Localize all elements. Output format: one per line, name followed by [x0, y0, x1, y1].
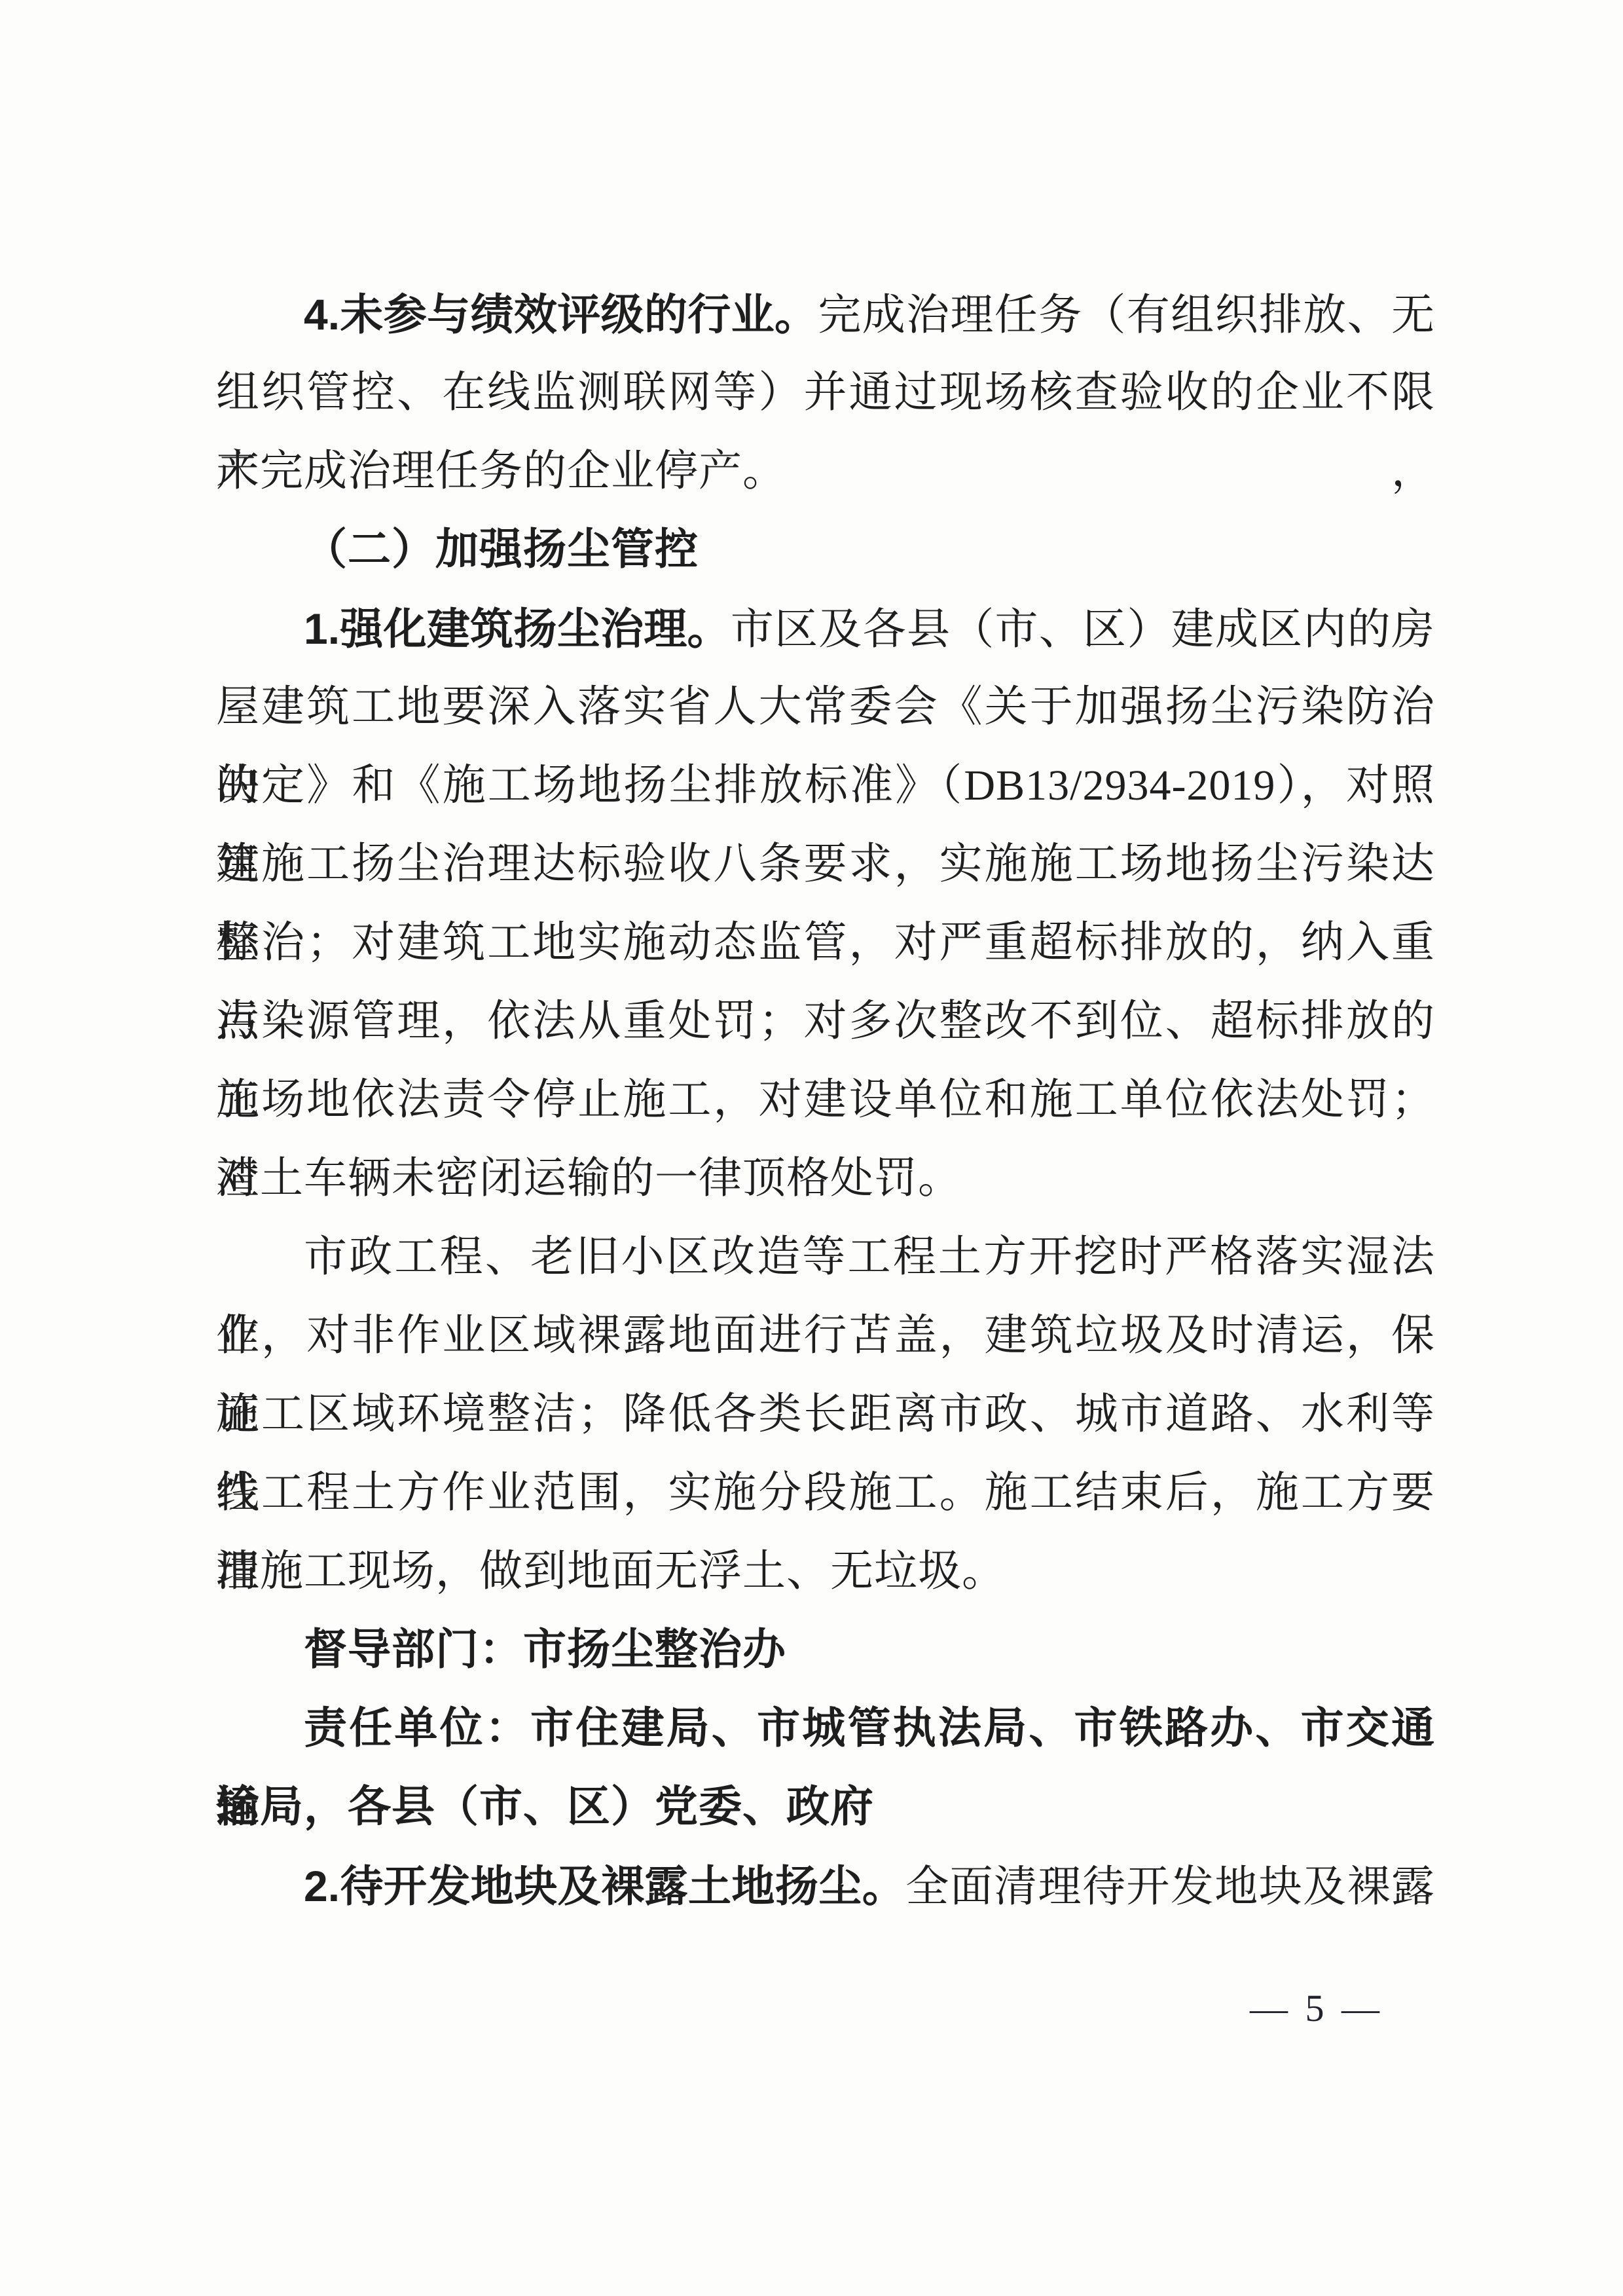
text-line: 2.待开发地块及裸露土地扬尘。全面清理待开发地块及裸露 [216, 1847, 1435, 1925]
text-line: 组织管控、在线监测联网等）并通过现场核查验收的企业不限产， [216, 354, 1435, 432]
text-segment: 2.待开发地块及裸露土地扬尘。 [304, 1862, 905, 1910]
text-line: 理施工现场，做到地面无浮土、无垃圾。 [216, 1532, 1435, 1611]
text-segment: 未完成治理任务的企业停产。 [216, 447, 786, 495]
text-line: 输局，各县（市、区）党委、政府 [216, 1768, 1435, 1847]
text-line: 施工区域环境整洁；降低各类长距离市政、城市道路、水利等线 [216, 1375, 1435, 1454]
page-number: — 5 — [1250, 1972, 1383, 2045]
text-line: 市政工程、老旧小区改造等工程土方开挖时严格落实湿法作 [216, 1218, 1435, 1297]
text-line: 性工程土方作业范围，实施分段施工。施工结束后，施工方要清 [216, 1454, 1435, 1532]
text-segment: 完成治理任务（有组织排放、无 [818, 291, 1435, 339]
text-line: （二）加强扬尘管控 [216, 511, 1435, 589]
text-line: 筑施工扬尘治理达标验收八条要求，实施施工场地扬尘污染达标 [216, 825, 1435, 904]
text-segment: 4.未参与绩效评级的行业。 [304, 290, 818, 339]
text-segment: 督导部门：市扬尘整治办 [304, 1626, 786, 1674]
text-segment: 渣土车辆未密闭运输的一律顶格处罚。 [216, 1155, 962, 1202]
text-segment: 1.强化建筑扬尘治理。 [304, 604, 731, 653]
text-line: 4.未参与绩效评级的行业。完成治理任务（有组织排放、无 [216, 275, 1435, 354]
text-segment: 全面清理待开发地块及裸露 [905, 1863, 1435, 1911]
text-segment: 市区及各县（市、区）建成区内的房 [731, 606, 1435, 654]
text-line: 工场地依法责令停止施工，对建设单位和施工单位依法处罚；对 [216, 1061, 1435, 1139]
text-line: 责任单位：市住建局、市城管执法局、市铁路办、市交通运 [216, 1690, 1435, 1768]
text-segment: 理施工现场，做到地面无浮土、无垃圾。 [216, 1547, 1006, 1595]
text-line: 屋建筑工地要深入落实省人大常委会《关于加强扬尘污染防治的 [216, 668, 1435, 747]
text-line: 决定》和《施工场地扬尘排放标准》（DB13/2934-2019），对照建 [216, 747, 1435, 825]
document-body: 4.未参与绩效评级的行业。完成治理任务（有组织排放、无组织管控、在线监测联网等）… [216, 275, 1435, 1925]
text-segment: 输局，各县（市、区）党委、政府 [216, 1783, 874, 1831]
text-line: 督导部门：市扬尘整治办 [216, 1611, 1435, 1690]
text-line: 1.强化建筑扬尘治理。市区及各县（市、区）建成区内的房 [216, 589, 1435, 668]
text-line: 渣土车辆未密闭运输的一律顶格处罚。 [216, 1139, 1435, 1218]
text-line: 污染源管理，依法从重处罚；对多次整改不到位、超标排放的施 [216, 982, 1435, 1061]
text-segment: （二）加强扬尘管控 [304, 526, 699, 574]
text-line: 业，对非作业区域裸露地面进行苫盖，建筑垃圾及时清运，保证 [216, 1297, 1435, 1375]
document-page: 4.未参与绩效评级的行业。完成治理任务（有组织排放、无组织管控、在线监测联网等）… [0, 0, 1623, 2296]
text-line: 整治；对建筑工地实施动态监管，对严重超标排放的，纳入重点 [216, 904, 1435, 982]
